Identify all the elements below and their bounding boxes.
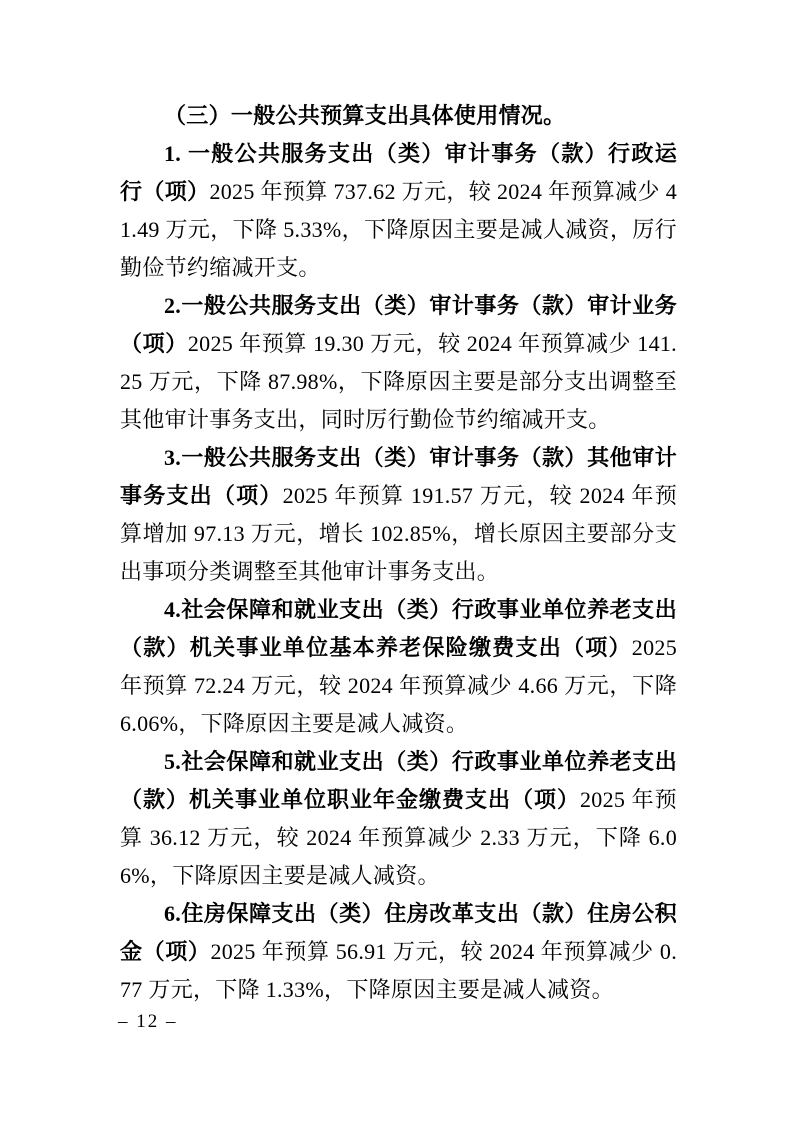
document-body: （三）一般公共预算支出具体使用情况。 1. 一般公共服务支出（类）审计事务（款）… xyxy=(120,97,677,1009)
document-page: （三）一般公共预算支出具体使用情况。 1. 一般公共服务支出（类）审计事务（款）… xyxy=(0,0,793,1122)
section-heading: （三）一般公共预算支出具体使用情况。 xyxy=(120,97,677,135)
budget-paragraph-1: 1. 一般公共服务支出（类）审计事务（款）行政运行（项）2025 年预算 737… xyxy=(120,135,677,287)
budget-paragraph-2: 2.一般公共服务支出（类）审计事务（款）审计业务（项）2025 年预算 19.3… xyxy=(120,287,677,439)
budget-paragraph-6: 6.住房保障支出（类）住房改革支出（款）住房公积金（项）2025 年预算 56.… xyxy=(120,895,677,1009)
budget-paragraph-5: 5.社会保障和就业支出（类）行政事业单位养老支出（款）机关事业单位职业年金缴费支… xyxy=(120,743,677,895)
budget-item-2-detail: 2025 年预算 19.30 万元，较 2024 年预算减少 141.25 万元… xyxy=(120,331,677,432)
budget-paragraph-3: 3.一般公共服务支出（类）审计事务（款）其他审计事务支出（项）2025 年预算 … xyxy=(120,439,677,591)
page-number: – 12 – xyxy=(118,1010,178,1034)
budget-item-4-title: 4.社会保障和就业支出（类）行政事业单位养老支出（款）机关事业单位基本养老保险缴… xyxy=(120,597,677,660)
budget-paragraph-4: 4.社会保障和就业支出（类）行政事业单位养老支出（款）机关事业单位基本养老保险缴… xyxy=(120,591,677,743)
